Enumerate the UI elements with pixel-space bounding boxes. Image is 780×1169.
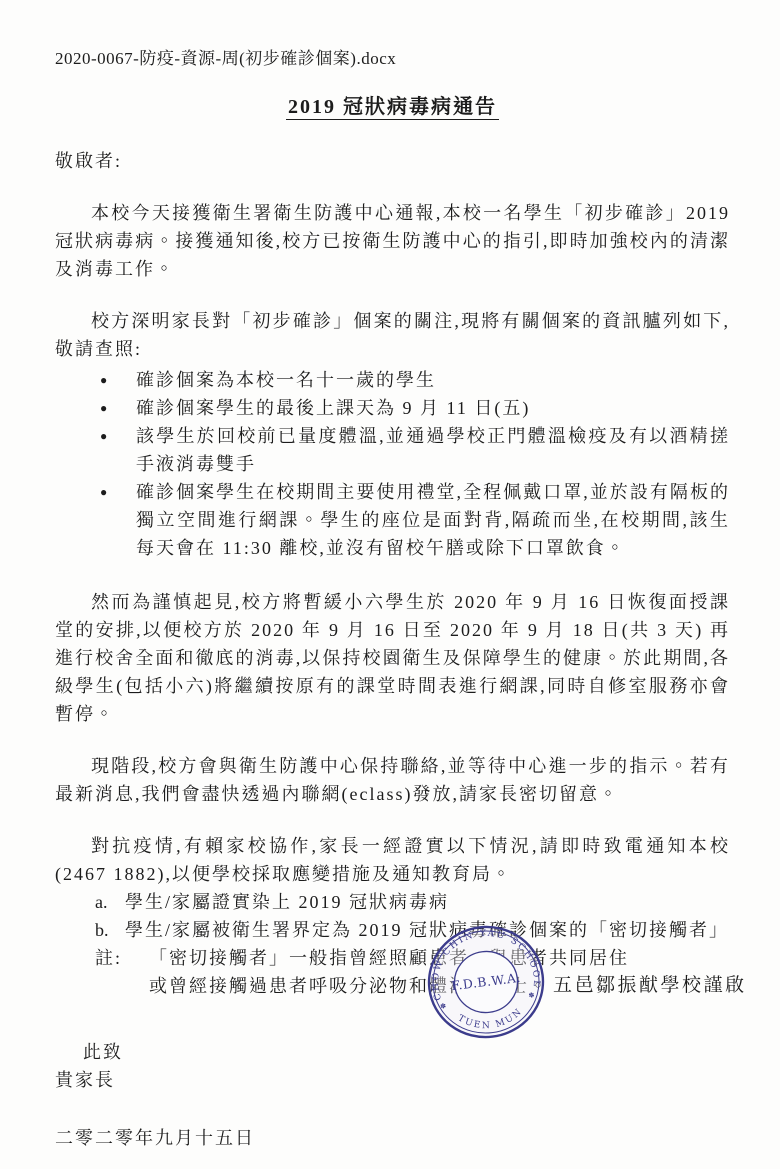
closing-salute: 此致 bbox=[83, 1038, 730, 1066]
salutation: 敬啟者: bbox=[55, 147, 730, 175]
note-label: 註: bbox=[95, 944, 149, 1000]
bullet-icon: ● bbox=[100, 366, 136, 394]
notice-title: 2019 冠狀病毒病通告 bbox=[286, 96, 499, 120]
list-item: ● 確診個案學生的最後上課天為 9 月 11 日(五) bbox=[55, 394, 730, 422]
report-conditions-list: a. 學生/家屬證實染上 2019 冠狀病毒病 b. 學生/家屬被衛生署界定為 … bbox=[95, 888, 730, 944]
school-seal-stamp: CHOW CHIN YAU SCHOOL TUEN MUN F.D.B.W.A.… bbox=[417, 915, 555, 1049]
document-date: 二零二零年九月十五日 bbox=[55, 1124, 730, 1152]
list-item: ● 確診個案為本校一名十一歲的學生 bbox=[55, 366, 730, 394]
list-item-text: 學生/家屬證實染上 2019 冠狀病毒病 bbox=[125, 888, 730, 916]
paragraph-notification: 本校今天接獲衛生署衛生防護中心通報,本校一名學生「初步確診」2019 冠狀病毒病… bbox=[55, 199, 730, 283]
closing-block: 此致 貴家長 二零二零年九月十五日 bbox=[55, 1038, 730, 1152]
bullet-icon: ● bbox=[100, 478, 136, 562]
paragraph-suspension: 然而為謹慎起見,校方將暫緩小六學生於 2020 年 9 月 16 日恢復面授課堂… bbox=[55, 588, 730, 728]
title-row: 2019 冠狀病毒病通告 bbox=[55, 94, 730, 121]
paragraph-case-intro: 校方深明家長對「初步確診」個案的關注,現將有關個案的資訊臚列如下,敬請查照: bbox=[55, 307, 730, 363]
list-item-text: 確診個案為本校一名十一歲的學生 bbox=[136, 366, 730, 394]
list-item: a. 學生/家屬證實染上 2019 冠狀病毒病 bbox=[95, 888, 730, 916]
case-details-list: ● 確診個案為本校一名十一歲的學生 ● 確診個案學生的最後上課天為 9 月 11… bbox=[55, 366, 730, 562]
school-signature: 五邑鄒振猷學校謹啟 bbox=[553, 972, 747, 1000]
seal-flower-icon: ✽ bbox=[440, 1002, 449, 1011]
seal-flower-icon: ✽ bbox=[528, 991, 537, 1000]
paragraph-liaison: 現階段,校方會與衛生防護中心保持聯絡,並等待中心進一步的指示。若有最新消息,我們… bbox=[55, 752, 730, 808]
bullet-icon: ● bbox=[100, 394, 136, 422]
list-marker: b. bbox=[95, 916, 125, 944]
list-item-text: 該學生於回校前已量度體溫,並通過學校正門體溫檢疫及有以酒精搓手液消毒雙手 bbox=[136, 422, 730, 478]
list-item-text: 確診個案學生在校期間主要使用禮堂,全程佩戴口罩,並於設有隔板的獨立空間進行網課。… bbox=[136, 478, 730, 562]
list-marker: a. bbox=[95, 888, 125, 916]
document-filename: 2020-0067-防疫-資源-周(初步確診個案).docx bbox=[55, 46, 730, 72]
closing-recipient: 貴家長 bbox=[55, 1066, 730, 1094]
bullet-icon: ● bbox=[100, 422, 136, 478]
document-page: 2020-0067-防疫-資源-周(初步確診個案).docx 2019 冠狀病毒… bbox=[0, 0, 780, 1169]
list-item-text: 確診個案學生的最後上課天為 9 月 11 日(五) bbox=[136, 394, 730, 422]
paragraph-cooperation: 對抗疫情,有賴家校協作,家長一經證實以下情況,請即時致電通知本校(2467 18… bbox=[55, 832, 730, 888]
list-item: b. 學生/家屬被衛生署界定為 2019 冠狀病毒確診個案的「密切接觸者」 bbox=[95, 916, 730, 944]
list-item: ● 確診個案學生在校期間主要使用禮堂,全程佩戴口罩,並於設有隔板的獨立空間進行網… bbox=[55, 478, 730, 562]
list-item: ● 該學生於回校前已量度體溫,並通過學校正門體溫檢疫及有以酒精搓手液消毒雙手 bbox=[55, 422, 730, 478]
